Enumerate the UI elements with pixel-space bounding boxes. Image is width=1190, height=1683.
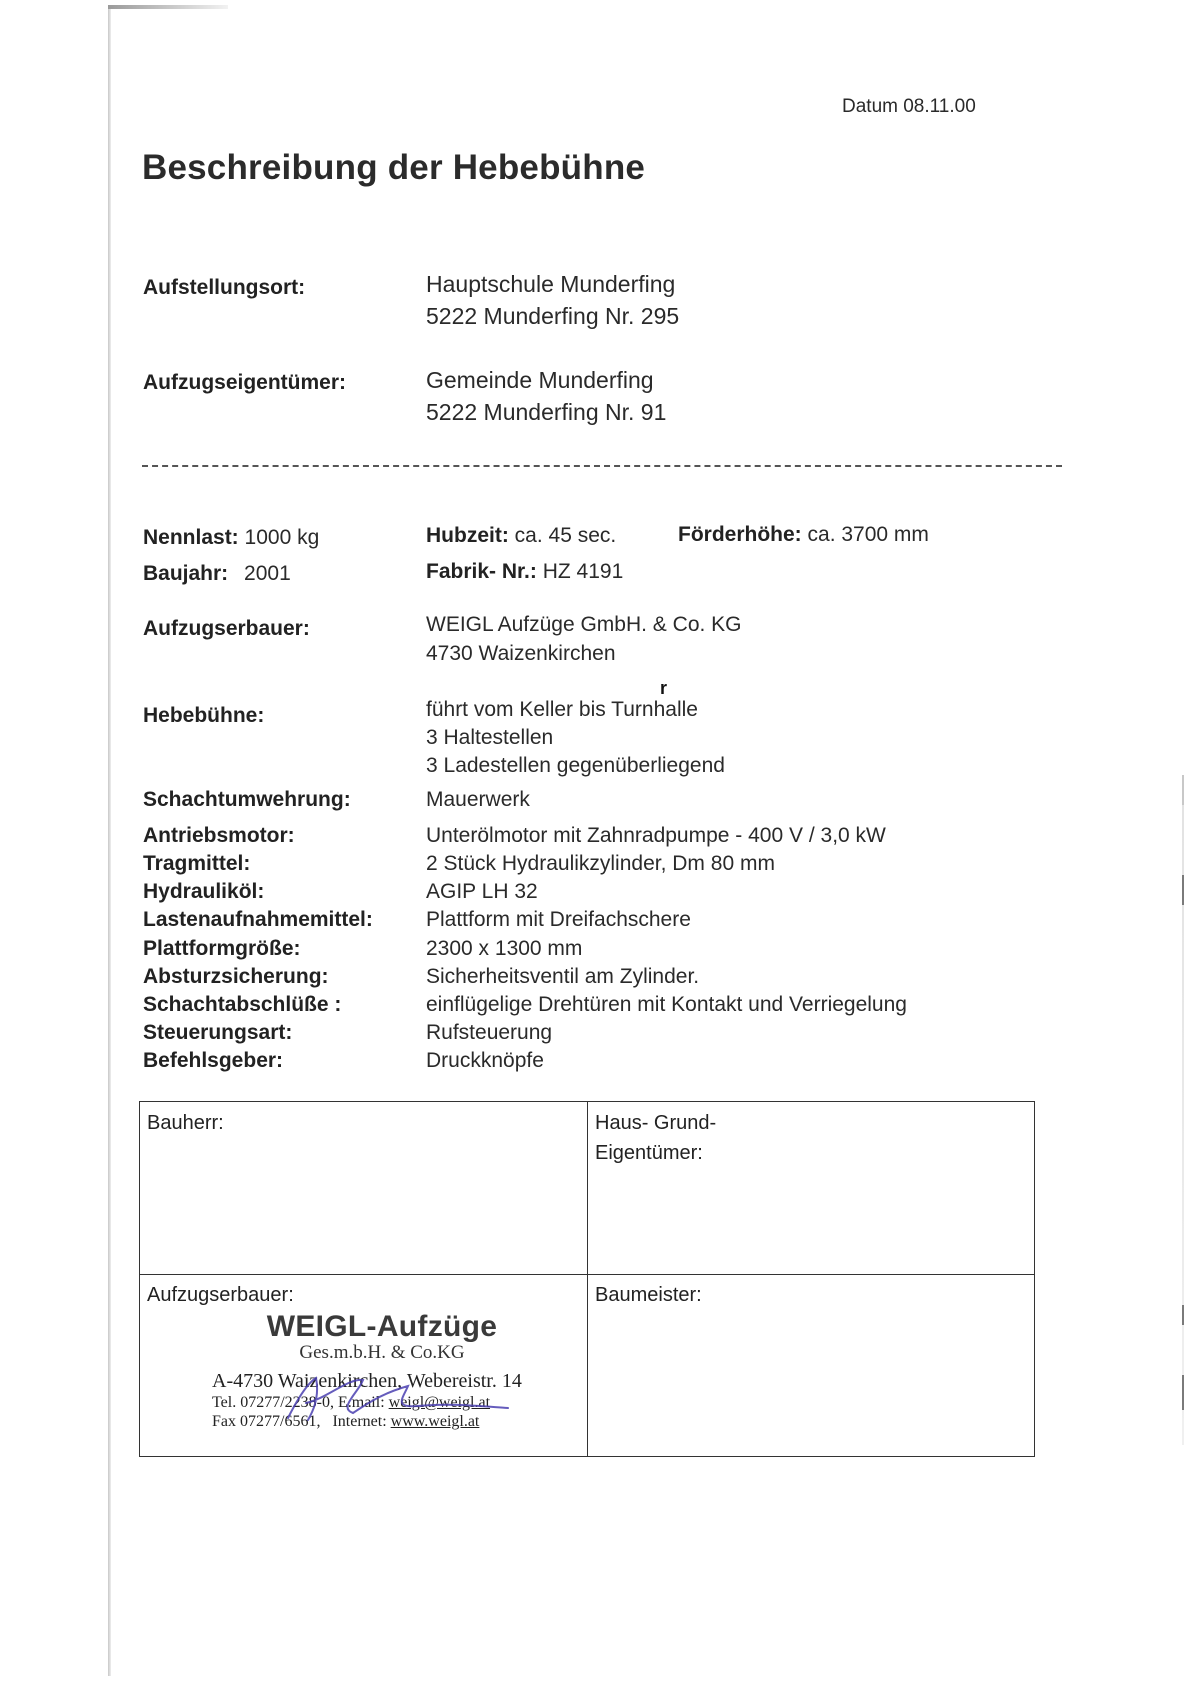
- hubzeit: Hubzeit: ca. 45 sec.: [426, 520, 616, 552]
- spec-label: Steuerungsart:: [143, 1021, 292, 1045]
- aufzugserbauer-label: Aufzugserbauer:: [147, 1280, 294, 1310]
- stamp-internet[interactable]: www.weigl.at: [391, 1413, 480, 1430]
- company-stamp: WEIGL-Aufzüge Ges.m.b.H. & Co.KG A-4730 …: [212, 1310, 552, 1431]
- stamp-internet-label: Internet:: [332, 1413, 386, 1430]
- spec-label: Plattformgröße:: [143, 937, 301, 961]
- scan-edge-right: [1182, 775, 1184, 1445]
- spec-label: Absturzsicherung:: [143, 965, 329, 989]
- stamp-email-label: E.mail:: [338, 1394, 385, 1411]
- location-value: Hauptschule Munderfing 5222 Munderfing N…: [426, 268, 679, 332]
- spec-value: Mauerwerk: [426, 788, 530, 812]
- owner-line: Gemeinde Munderfing: [426, 364, 666, 396]
- hubzeit-value: ca. 45 sec.: [515, 524, 617, 547]
- spec-label: Tragmittel:: [143, 852, 250, 876]
- baujahr-value: 2001: [244, 562, 291, 585]
- spec-value: 2 Stück Hydraulikzylinder, Dm 80 mm: [426, 852, 775, 876]
- spec-value: AGIP LH 32: [426, 880, 538, 904]
- stamp-brand: WEIGL-Aufzüge: [212, 1310, 552, 1344]
- hubzeit-label: Hubzeit:: [426, 524, 509, 547]
- dashed-divider: [142, 465, 1062, 467]
- spec-label: Antriebsmotor:: [143, 824, 295, 848]
- scan-edge-top: [108, 5, 228, 9]
- manufacturer-line: WEIGL Aufzüge GmbH. & Co. KG: [426, 610, 742, 639]
- manufacturer-value: WEIGL Aufzüge GmbH. & Co. KG 4730 Waizen…: [426, 610, 742, 668]
- spec-value: Rufsteuerung: [426, 1021, 552, 1045]
- nennlast: Nennlast: 1000 kg: [143, 522, 319, 554]
- fabrik-nr-label: Fabrik- Nr.:: [426, 560, 537, 583]
- platform-label: Hebebühne:: [143, 704, 264, 728]
- document-date: Datum 08.11.00: [842, 96, 976, 118]
- location-label: Aufstellungsort:: [143, 276, 305, 300]
- foerderhoehe-value: ca. 3700 mm: [808, 523, 929, 546]
- manufacturer-label: Aufzugserbauer:: [143, 617, 310, 641]
- fabrik-nr-value: HZ 4191: [543, 560, 624, 583]
- stamp-email[interactable]: weigl@weigl.at: [389, 1394, 490, 1411]
- location-line: Hauptschule Munderfing: [426, 268, 679, 300]
- fabrik-nr: Fabrik- Nr.: HZ 4191: [426, 556, 623, 588]
- spec-label: Hydrauliköl:: [143, 880, 264, 904]
- handwritten-correction: r: [660, 678, 667, 699]
- stamp-tel-line: Tel. 07277/2238-0, E.mail: weigl@weigl.a…: [212, 1393, 552, 1412]
- stamp-tel: Tel. 07277/2238-0,: [212, 1394, 334, 1411]
- stamp-address: A-4730 Waizenkirchen, Webereistr. 14: [212, 1370, 552, 1393]
- spec-value: Plattform mit Dreifachschere: [426, 908, 691, 932]
- table-divider-vertical: [587, 1102, 588, 1456]
- haus-grund-eigentuemer-label: Haus- Grund- Eigentümer:: [595, 1108, 716, 1168]
- spec-value: 2300 x 1300 mm: [426, 937, 582, 961]
- spec-value: einflügelige Drehtüren mit Kontakt und V…: [426, 993, 907, 1017]
- baujahr-label: Baujahr:: [143, 562, 228, 585]
- platform-value: führt vom Keller bis Turnhalle 3 Haltest…: [426, 696, 725, 780]
- eigentuemer-line: Eigentümer:: [595, 1138, 716, 1168]
- stamp-fax: Fax 07277/6561,: [212, 1413, 320, 1430]
- table-divider-horizontal: [140, 1274, 1034, 1275]
- nennlast-label: Nennlast:: [143, 526, 239, 549]
- spec-value: Druckknöpfe: [426, 1049, 544, 1073]
- platform-line: führt vom Keller bis Turnhalle: [426, 696, 725, 724]
- owner-label: Aufzugseigentümer:: [143, 371, 346, 395]
- spec-label: Befehlsgeber:: [143, 1049, 283, 1073]
- foerderhoehe: Förderhöhe: ca. 3700 mm: [678, 519, 929, 551]
- stamp-company-form: Ges.m.b.H. & Co.KG: [212, 1342, 552, 1364]
- spec-value: Sicherheitsventil am Zylinder.: [426, 965, 699, 989]
- location-line: 5222 Munderfing Nr. 295: [426, 300, 679, 332]
- owner-value: Gemeinde Munderfing 5222 Munderfing Nr. …: [426, 364, 666, 428]
- foerderhoehe-label: Förderhöhe:: [678, 523, 802, 546]
- platform-line: 3 Ladestellen gegenüberliegend: [426, 752, 725, 780]
- manufacturer-line: 4730 Waizenkirchen: [426, 639, 742, 668]
- spec-label: Lastenaufnahmemittel:: [143, 908, 373, 932]
- page-title: Beschreibung der Hebebühne: [142, 148, 645, 188]
- scan-edge-left: [108, 6, 111, 1676]
- spec-label: Schachtumwehrung:: [143, 788, 351, 812]
- spec-label: Schachtabschlüße :: [143, 993, 341, 1017]
- owner-line: 5222 Munderfing Nr. 91: [426, 396, 666, 428]
- bauherr-label: Bauherr:: [147, 1108, 224, 1138]
- platform-line: 3 Haltestellen: [426, 724, 725, 752]
- baujahr: Baujahr: 2001: [143, 558, 291, 590]
- baumeister-label: Baumeister:: [595, 1280, 702, 1310]
- haus-grund-line: Haus- Grund-: [595, 1108, 716, 1138]
- stamp-fax-line: Fax 07277/6561, Internet: www.weigl.at: [212, 1412, 552, 1431]
- spec-value: Unterölmotor mit Zahnradpumpe - 400 V / …: [426, 824, 886, 848]
- nennlast-value: 1000 kg: [245, 526, 320, 549]
